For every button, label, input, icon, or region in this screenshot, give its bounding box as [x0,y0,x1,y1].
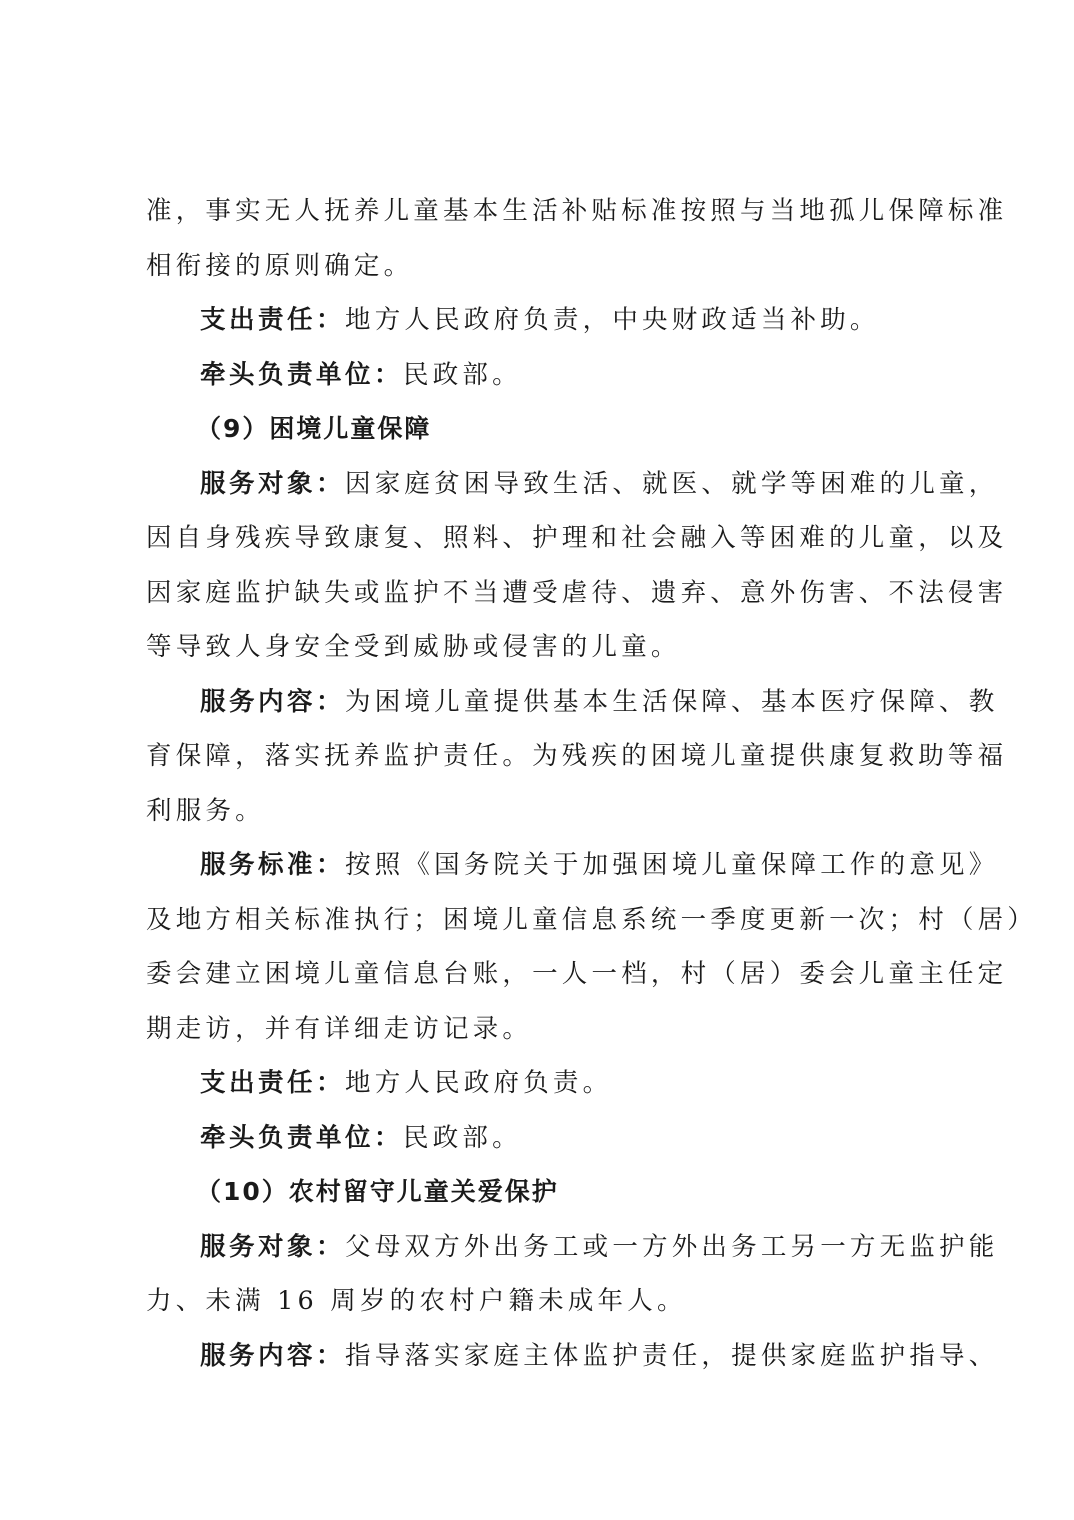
service-content-line: 服务内容：指导落实家庭主体监护责任，提供家庭监护指导、 [146,1329,930,1384]
field-value: 因家庭贫困导致生活、就医、就学等困难的儿童， [345,469,998,499]
paragraph-line: 期走访，并有详细走访记录。 [146,1002,930,1057]
document-page: 准，事实无人抚养儿童基本生活补贴标准按照与当地孤儿保障标准 相衔接的原则确定。 … [146,184,930,1383]
paragraph-line: 育保障，落实抚养监护责任。为残疾的困境儿童提供康复救助等福 [146,729,930,784]
field-label: 支出责任： [200,1068,345,1098]
field-value: 父母双方外出务工或一方外出务工另一方无监护能 [345,1232,998,1262]
expense-responsibility-line: 支出责任：地方人民政府负责，中央财政适当补助。 [146,293,930,348]
service-target-line: 服务对象：父母双方外出务工或一方外出务工另一方无监护能 [146,1220,930,1275]
paragraph-line: 准，事实无人抚养儿童基本生活补贴标准按照与当地孤儿保障标准 [146,184,930,239]
section-heading-10: （10）农村留守儿童关爱保护 [146,1165,930,1220]
field-value: 地方人民政府负责。 [345,1068,612,1098]
paragraph-line: 因家庭监护缺失或监护不当遭受虐待、遗弃、意外伤害、不法侵害 [146,566,930,621]
field-value: 指导落实家庭主体监护责任，提供家庭监护指导、 [345,1341,998,1371]
field-value: 民政部。 [403,360,522,390]
field-label: 服务内容： [200,687,345,717]
field-value: 地方人民政府负责，中央财政适当补助。 [345,305,880,335]
field-value: 按照《国务院关于加强困境儿童保障工作的意见》 [345,850,998,880]
paragraph-line: 利服务。 [146,784,930,839]
paragraph-line: 委会建立困境儿童信息台账，一人一档，村（居）委会儿童主任定 [146,947,930,1002]
service-target-line: 服务对象：因家庭贫困导致生活、就医、就学等困难的儿童， [146,457,930,512]
field-label: 服务对象： [200,1232,345,1262]
service-standard-line: 服务标准：按照《国务院关于加强困境儿童保障工作的意见》 [146,838,930,893]
field-label: 服务标准： [200,850,345,880]
expense-responsibility-line: 支出责任：地方人民政府负责。 [146,1056,930,1111]
paragraph-line: 相衔接的原则确定。 [146,239,930,294]
field-value: 民政部。 [403,1123,522,1153]
service-content-line: 服务内容：为困境儿童提供基本生活保障、基本医疗保障、教 [146,675,930,730]
field-label: 牵头负责单位： [200,360,403,390]
paragraph-line: 因自身残疾导致康复、照料、护理和社会融入等困难的儿童，以及 [146,511,930,566]
paragraph-line: 力、未满 16 周岁的农村户籍未成年人。 [146,1274,930,1329]
field-value: 为困境儿童提供基本生活保障、基本医疗保障、教 [345,687,998,717]
field-label: 服务对象： [200,469,345,499]
lead-unit-line: 牵头负责单位：民政部。 [146,1111,930,1166]
field-label: 服务内容： [200,1341,345,1371]
field-label: 支出责任： [200,305,345,335]
field-label: 牵头负责单位： [200,1123,403,1153]
paragraph-line: 及地方相关标准执行；困境儿童信息系统一季度更新一次；村（居） [146,893,930,948]
lead-unit-line: 牵头负责单位：民政部。 [146,348,930,403]
section-heading-9: （9）困境儿童保障 [146,402,930,457]
paragraph-line: 等导致人身安全受到威胁或侵害的儿童。 [146,620,930,675]
